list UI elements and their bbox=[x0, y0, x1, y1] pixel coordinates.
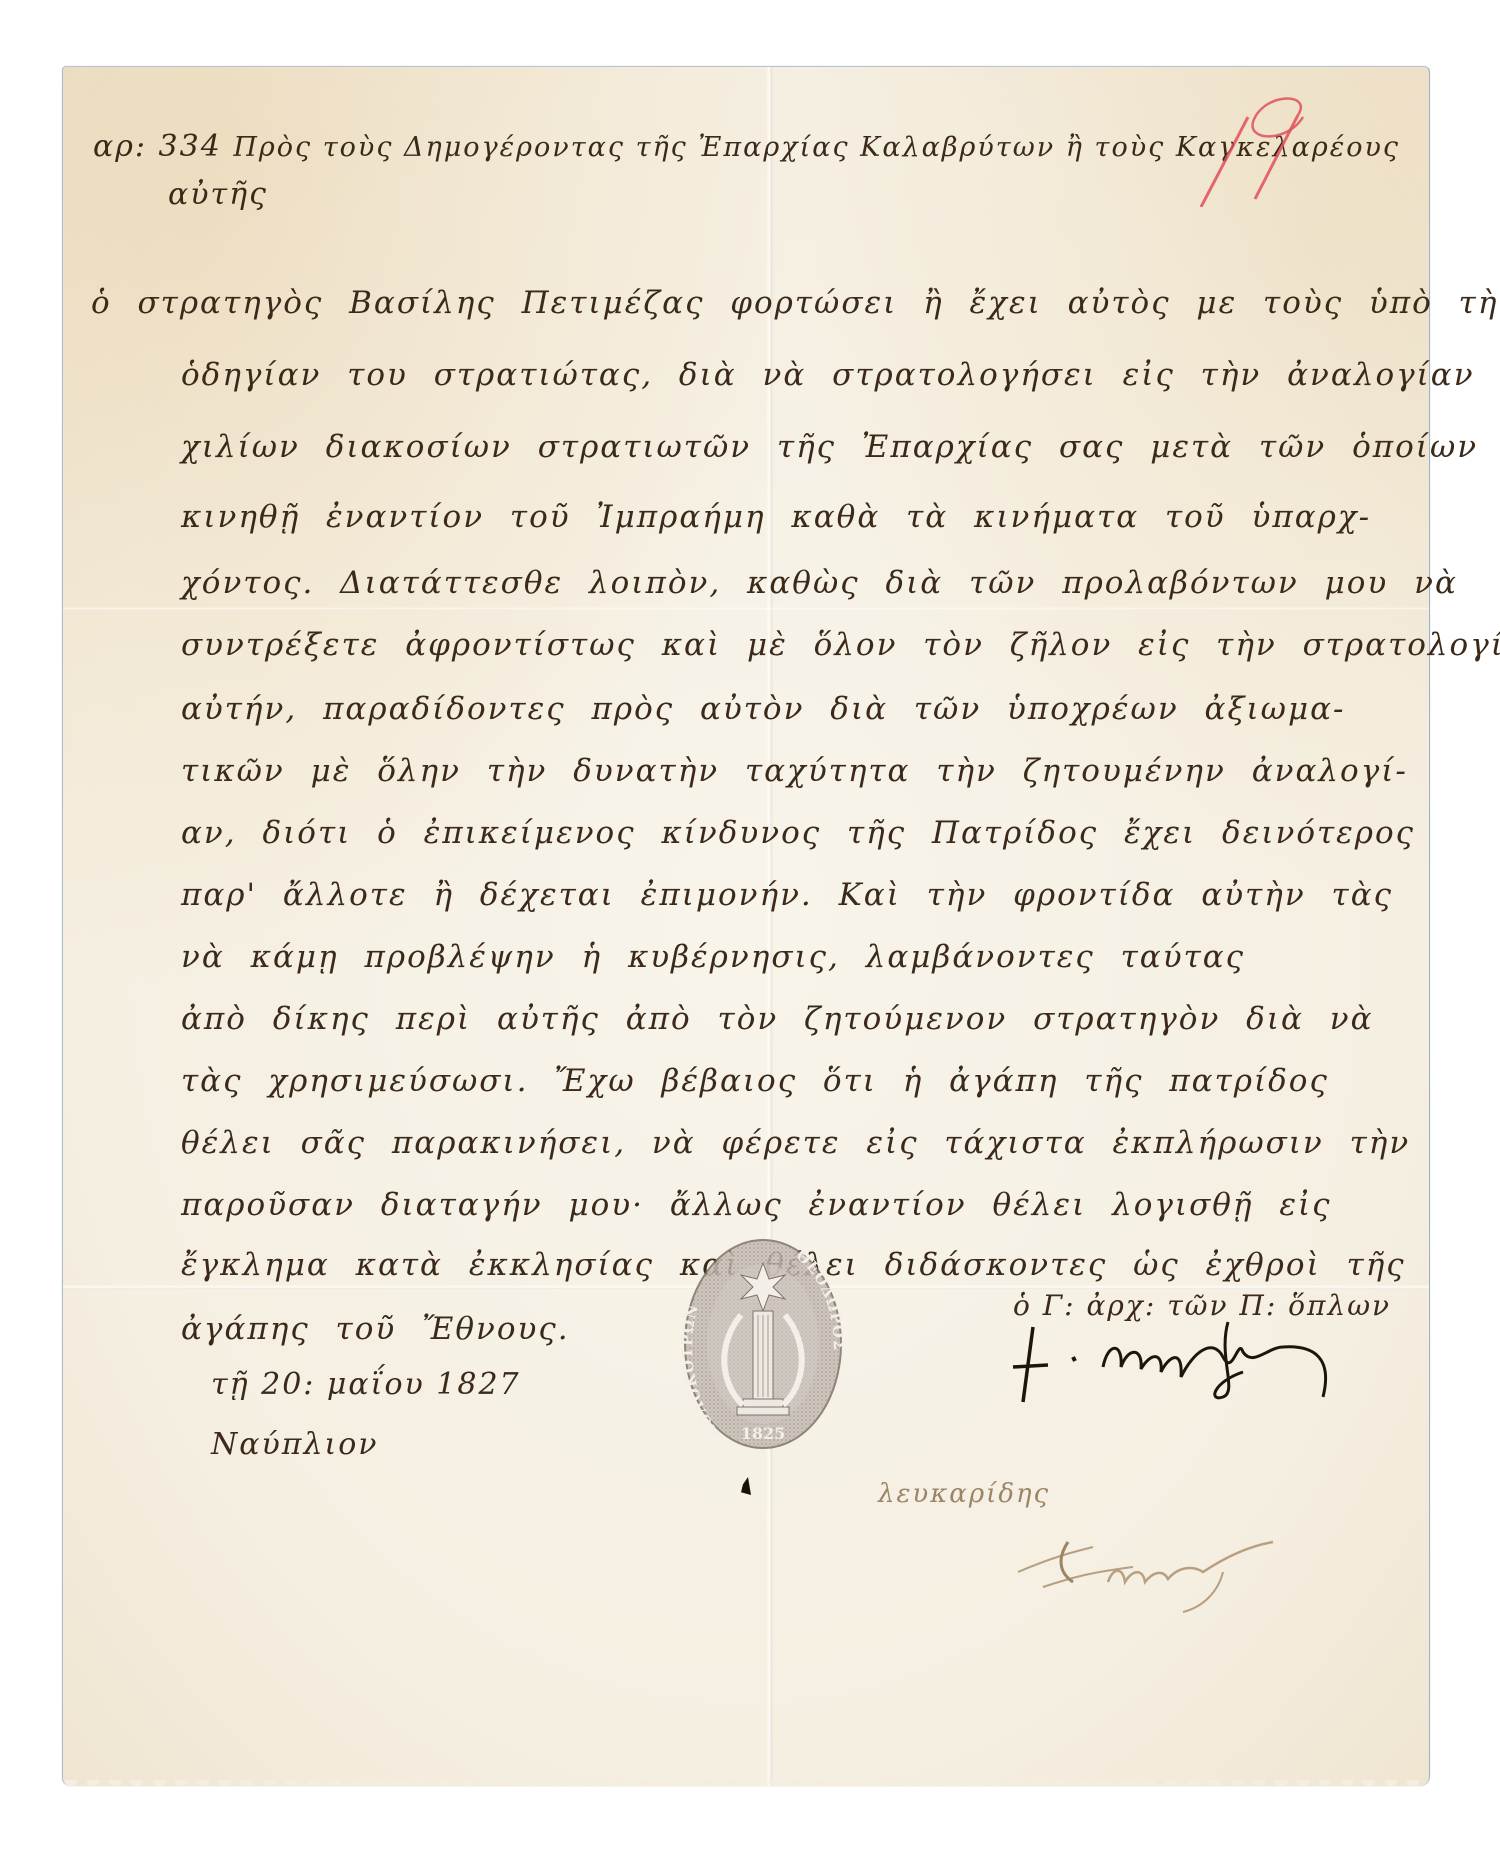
place-line: Ναύπλιον bbox=[211, 1427, 379, 1462]
horizontal-crease bbox=[63, 607, 1429, 610]
body-line: ἀπὸ δίκης περὶ αὐτῆς ἀπὸ τὸν ζητούμενον … bbox=[181, 1001, 1374, 1037]
seal-stamp-icon: ΚΟΛΟΚΟΤΡΩΝ ΘΕΟΔΩΡΟΣ 1825 bbox=[681, 1235, 845, 1453]
body-line: παροῦσαν διαταγήν μου· ἄλλως ἐναντίον θέ… bbox=[181, 1187, 1331, 1223]
signature-kolokotronis bbox=[1003, 1317, 1353, 1407]
faded-note: λευκαρίδης bbox=[878, 1479, 1050, 1509]
body-line: συντρέξετε ἀφροντίστως καὶ μὲ ὅλον τὸν ζ… bbox=[181, 627, 1500, 663]
body-line: χιλίων διακοσίων στρατιωτῶν τῆς Ἐπαρχίας… bbox=[181, 429, 1500, 465]
body-line: ὁ στρατηγὸς Βασίλης Πετιμέζας φορτώσει ἢ… bbox=[91, 285, 1500, 321]
manuscript-page: αρ: 334 Πρὸς τοὺς Δημογέροντας τῆς Ἐπαρχ… bbox=[62, 66, 1430, 1786]
body-line: ὁδηγίαν του στρατιώτας, διὰ νὰ στρατολογ… bbox=[181, 357, 1500, 393]
body-line: θέλει σᾶς παρακινήσει, νὰ φέρετε εἰς τάχ… bbox=[181, 1125, 1410, 1161]
faded-signature-icon bbox=[1013, 1527, 1313, 1617]
body-line: ἀγάπης τοῦ Ἔθνους. bbox=[181, 1311, 570, 1347]
body-line: χόντος. Διατάττεσθε λοιπὸν, καθὼς διὰ τῶ… bbox=[181, 565, 1458, 601]
body-line: αν, διότι ὁ ἐπικείμενος κίνδυνος τῆς Πατ… bbox=[181, 815, 1415, 851]
vertical-fold-line bbox=[766, 67, 774, 1786]
date-line: τῇ 20: μαΐου 1827 bbox=[211, 1367, 521, 1402]
body-line: κινηθῇ ἐναντίον τοῦ Ἰμπραήμη καθὰ τὰ κιν… bbox=[181, 499, 1371, 535]
body-line: παρ' ἄλλοτε ἢ δέχεται ἐπιμονήν. Καὶ τὴν … bbox=[181, 877, 1393, 913]
red-folio-mark-icon bbox=[1193, 87, 1323, 207]
body-line: νὰ κάμῃ προβλέψην ἡ κυβέρνησις, λαμβάνον… bbox=[181, 939, 1245, 975]
seal-year: 1825 bbox=[741, 1424, 786, 1443]
reference-number: αρ: 334 bbox=[93, 129, 222, 164]
ink-blot bbox=[741, 1477, 751, 1495]
body-line: τικῶν μὲ ὅλην τὴν δυνατὴν ταχύτητα τὴν ζ… bbox=[181, 753, 1408, 789]
body-line: αὐτήν, παραδίδοντες πρὸς αὐτὸν διὰ τῶν ὑ… bbox=[181, 691, 1346, 727]
address-line-2: αὐτῆς bbox=[168, 177, 268, 212]
body-line: τὰς χρησιμεύσωσι. Ἔχω βέβαιος ὅτι ἡ ἀγάπ… bbox=[181, 1063, 1329, 1099]
